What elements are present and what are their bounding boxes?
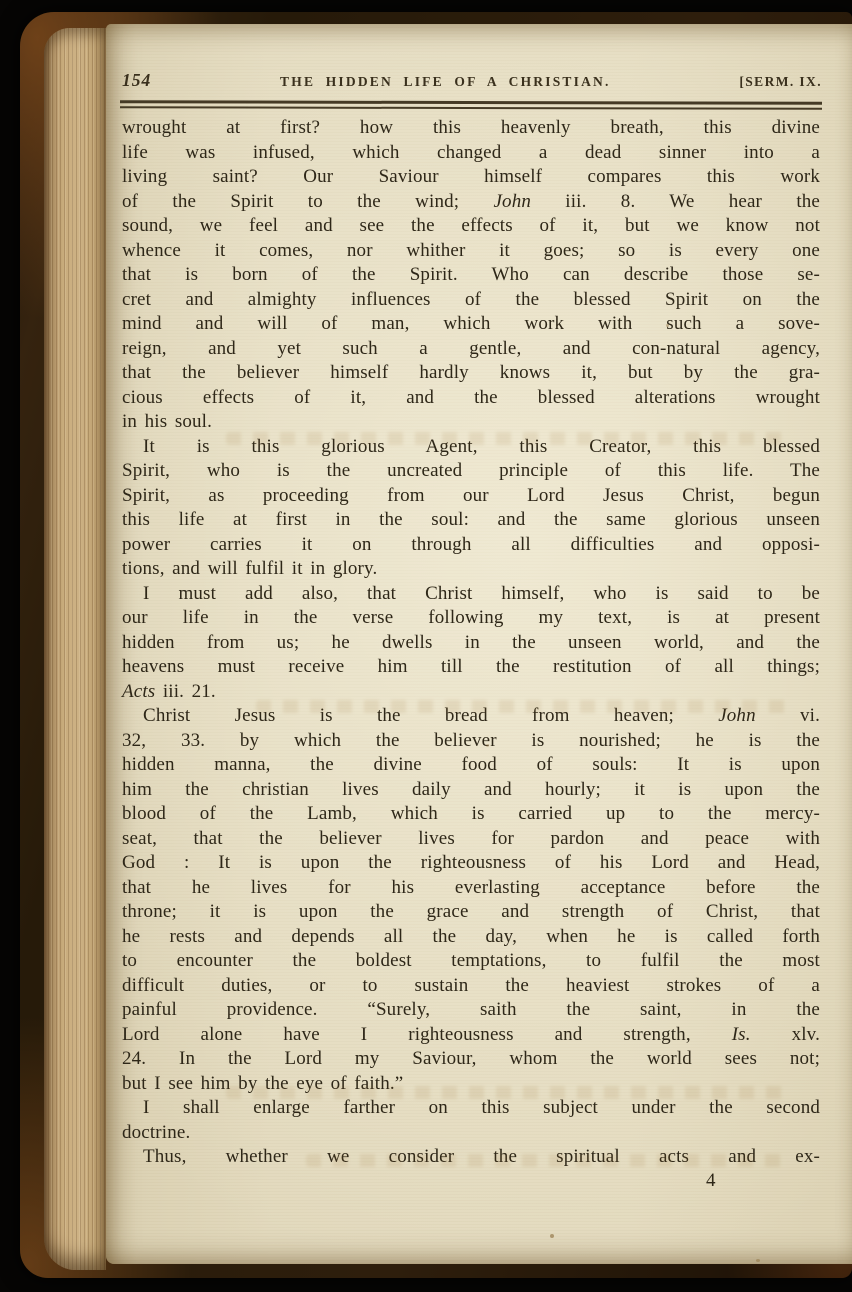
text-line: cious effects of it, and the blessed alt… [122, 386, 820, 411]
text-line: blood of the Lamb, which is carried up t… [122, 802, 820, 827]
text-line: sound, we feel and see the effects of it… [122, 214, 820, 239]
text-line: life was infused, which changed a dead s… [122, 141, 820, 166]
paragraph: Christ Jesus is the bread from heaven; J… [122, 704, 820, 1096]
text-line: 32, 33. by which the believer is nourish… [122, 729, 820, 754]
text-line: our life in the verse following my text,… [122, 606, 820, 631]
paragraph: It is this glorious Agent, this Creator,… [122, 435, 820, 582]
text-line: Christ Jesus is the bread from heaven; J… [122, 704, 820, 729]
text-line: throne; it is upon the grace and strengt… [122, 900, 820, 925]
paragraph: I must add also, that Christ himself, wh… [122, 582, 820, 705]
text-line: that he lives for his everlasting accept… [122, 876, 820, 901]
text-line: difficult duties, or to sustain the heav… [122, 974, 820, 999]
text-line: he rests and depends all the day, when h… [122, 925, 820, 950]
text-line: Spirit, as proceeding from our Lord Jesu… [122, 484, 820, 509]
running-head: 154 THE HIDDEN LIFE OF A CHRISTIAN. [SER… [122, 70, 822, 91]
paragraph: I shall enlarge farther on this subject … [122, 1096, 820, 1145]
text-line: that the believer himself hardly knows i… [122, 361, 820, 386]
text-line: seat, that the believer lives for pardon… [122, 827, 820, 852]
text-line: him the christian lives daily and hourly… [122, 778, 820, 803]
scripture-reference: Acts [122, 681, 155, 702]
text-line: cret and almighty influences of the bles… [122, 288, 820, 313]
text-line: heavens must receive him till the restit… [122, 655, 820, 680]
text-line: this life at first in the soul: and the … [122, 508, 820, 533]
header-double-rule [120, 100, 822, 109]
paper-speck [756, 1259, 760, 1262]
scripture-reference: John [493, 191, 531, 212]
text-line: Acts iii. 21. [122, 680, 820, 705]
text-line: I must add also, that Christ himself, wh… [122, 582, 820, 607]
text-line: Lord alone have I righteousness and stre… [122, 1023, 820, 1048]
text-line: but I see him by the eye of faith.” [122, 1072, 820, 1097]
text-line: reign, and yet such a gentle, and con-na… [122, 337, 820, 362]
text-line: mind and will of man, which work with su… [122, 312, 820, 337]
text-line: wrought at first? how this heavenly brea… [122, 116, 820, 141]
book-scan: 154 THE HIDDEN LIFE OF A CHRISTIAN. [SER… [0, 0, 852, 1292]
paragraph: wrought at first? how this heavenly brea… [122, 116, 820, 435]
page-text: wrought at first? how this heavenly brea… [122, 116, 820, 1170]
text-line: Thus, whether we consider the spiritual … [122, 1145, 820, 1170]
text-line: painful providence. “Surely, saith the s… [122, 998, 820, 1023]
scripture-reference: Is. [732, 1024, 751, 1045]
sermon-reference: [SERM. IX. [739, 74, 822, 90]
text-line: power carries it on through all difficul… [122, 533, 820, 558]
text-line: hidden from us; he dwells in the unseen … [122, 631, 820, 656]
text-line: of the Spirit to the wind; John iii. 8. … [122, 190, 820, 215]
text-line: in his soul. [122, 410, 820, 435]
text-line: hidden manna, the divine food of souls: … [122, 753, 820, 778]
text-line: doctrine. [122, 1121, 820, 1146]
text-line: 24. In the Lord my Saviour, whom the wor… [122, 1047, 820, 1072]
paper-speck [550, 1234, 554, 1238]
text-line: Spirit, who is the uncreated principle o… [122, 459, 820, 484]
text-line: to encounter the boldest temptations, to… [122, 949, 820, 974]
page-number: 154 [122, 70, 151, 91]
signature-mark: 4 [706, 1170, 716, 1192]
paragraph: Thus, whether we consider the spiritual … [122, 1145, 820, 1170]
book-page: 154 THE HIDDEN LIFE OF A CHRISTIAN. [SER… [106, 24, 852, 1264]
text-line: tions, and will fulfil it in glory. [122, 557, 820, 582]
text-line: living saint? Our Saviour himself compar… [122, 165, 820, 190]
text-line: whence it comes, nor whither it goes; so… [122, 239, 820, 264]
text-line: I shall enlarge farther on this subject … [122, 1096, 820, 1121]
scripture-reference: John [718, 705, 756, 726]
text-line: that is born of the Spirit. Who can desc… [122, 263, 820, 288]
page-fore-edges [44, 28, 106, 1270]
text-line: It is this glorious Agent, this Creator,… [122, 435, 820, 460]
text-line: God : It is upon the righteousness of hi… [122, 851, 820, 876]
running-title: THE HIDDEN LIFE OF A CHRISTIAN. [151, 74, 739, 90]
